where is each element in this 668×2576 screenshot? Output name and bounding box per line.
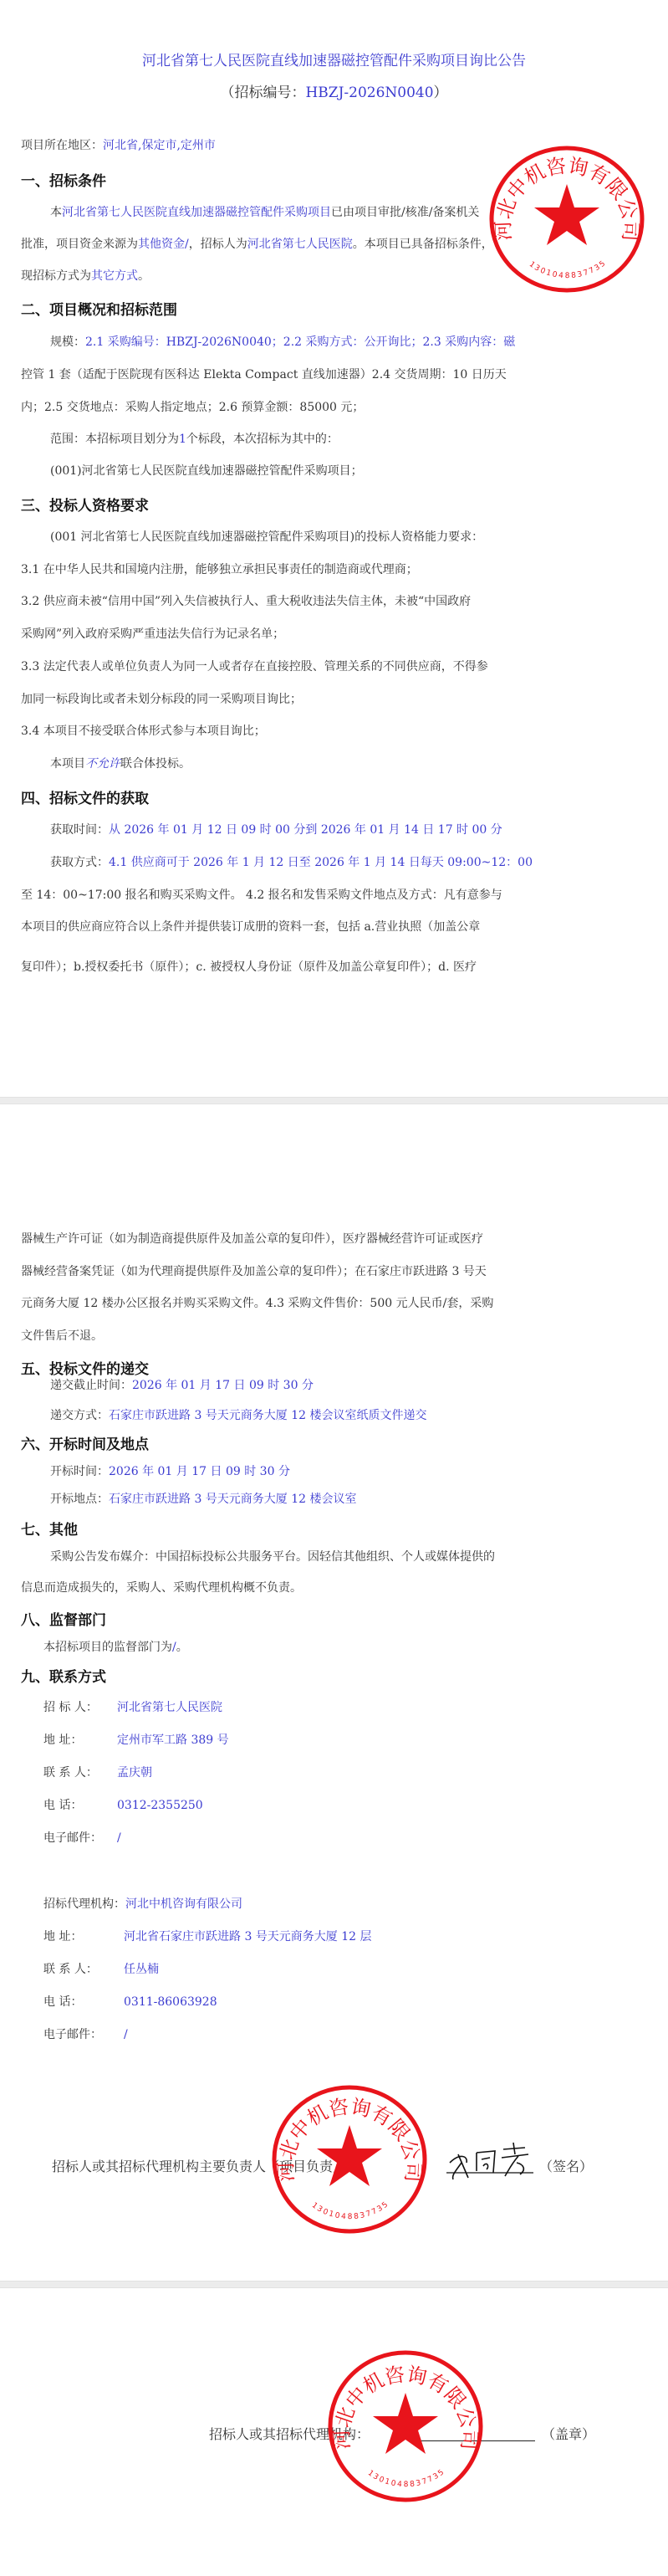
- agency-address: 地 址：河北省石家庄市跃进路 3 号天元商务大厦 12 层: [43, 1928, 372, 1944]
- tenderer-address: 地 址：定州市军工路 389 号: [43, 1731, 229, 1748]
- signature-suffix: （签名）: [539, 2156, 593, 2175]
- tender-code: HBZJ-2026N0040: [305, 85, 433, 101]
- s4-method-line-8: 文件售后不退。: [21, 1327, 103, 1344]
- section-heading-2: 二、项目概况和招标范围: [21, 298, 177, 319]
- seal-line-suffix: （盖章）: [542, 2424, 595, 2443]
- agency-contact: 联 系 人：任丛楠: [43, 1960, 159, 1977]
- handwritten-signature-icon: [443, 2138, 543, 2184]
- s5-deadline: 递交截止时间：2026 年 01 月 17 日 09 时 30 分: [50, 1376, 314, 1393]
- s3-intro: (001 河北省第七人民医院直线加速器磁控管配件采购项目)的投标人资格能力要求：: [50, 528, 483, 545]
- company-seal-stamp-icon: 河北中机咨询有限公司 1301048837735: [326, 2349, 485, 2504]
- tenderer-contact: 联 系 人：孟庆朝: [43, 1764, 152, 1780]
- s2-lot: (001)河北省第七人民医院直线加速器磁控管配件采购项目；: [50, 462, 363, 479]
- svg-text:1301048837735: 1301048837735: [366, 2467, 447, 2489]
- page-separator: [0, 1097, 668, 1104]
- s3-consortium: 本项目不允许联合体投标。: [50, 755, 191, 771]
- section-heading-4: 四、招标文件的获取: [21, 786, 149, 807]
- s2-scale-line-3: 内；2.5 交货地点：采购人指定地点；2.6 预算金额：85000 元；: [21, 398, 364, 415]
- s4-method-line-5: 器械生产许可证（如为制造商提供原件及加盖公章的复印件），医疗器械经营许可证或医疗: [21, 1230, 483, 1247]
- s8-text: 本招标项目的监督部门为/。: [43, 1638, 188, 1655]
- svg-text:1301048837735: 1301048837735: [528, 259, 609, 280]
- s2-scale-line-2: 控管 1 套（适配于医院现有医科达 Elekta Compact 直线加速器）2…: [21, 366, 507, 382]
- s3-req-3-2-b: 采购网”列入政府采购严重违法失信行为记录名单；: [21, 625, 284, 642]
- project-region: 项目所在地区：河北省,保定市,定州市: [21, 136, 216, 153]
- section-heading-5: 五、投标文件的递交: [21, 1357, 149, 1378]
- region-value: 河北省,保定市,定州市: [103, 139, 216, 152]
- company-seal-stamp-icon: 河北中机咨询有限公司 1301048837735: [487, 144, 646, 294]
- svg-text:1301048837735: 1301048837735: [310, 2200, 391, 2221]
- agency-email: 电子邮件：/: [43, 2025, 128, 2042]
- s4-method-line-2: 至 14：00~17:00 报名和购买采购文件。 4.2 报名和发售采购文件地点…: [21, 886, 502, 903]
- section-heading-8: 八、监督部门: [21, 1608, 106, 1629]
- tender-code-line: （招标编号：HBZJ-2026N0040）: [0, 80, 668, 101]
- s3-req-3-4: 3.4 本项目不接受联合体形式参与本项目询比；: [21, 722, 266, 739]
- agency-name: 招标代理机构：河北中机咨询有限公司: [43, 1895, 242, 1912]
- section-heading-3: 三、投标人资格要求: [21, 494, 149, 515]
- s3-req-3-3-a: 3.3 法定代表人或单位负责人为同一人或者存在直接控股、管理关系的不同供应商，不…: [21, 658, 488, 674]
- s3-req-3-2-a: 3.2 供应商未被“信用中国”列入失信被执行人、重大税收违法失信主体，未被“中国…: [21, 592, 471, 609]
- s7-line-2: 信息而造成损失的，采购人、采购代理机构概不负责。: [21, 1579, 302, 1595]
- s2-range: 范围：本招标项目划分为1个标段，本次招标为其中的：: [50, 430, 339, 447]
- section-heading-9: 九、联系方式: [21, 1665, 106, 1686]
- s1-line-1: 本河北省第七人民医院直线加速器磁控管配件采购项目已由项目审批/核准/备案机关: [50, 203, 479, 220]
- s7-line-1: 采购公告发布媒介：中国招标投标公共服务平台。因轻信其他组织、个人或媒体提供的: [50, 1548, 495, 1565]
- s5-method: 递交方式：石家庄市跃进路 3 号天元商务大厦 12 楼会议室纸质文件递交: [50, 1406, 427, 1423]
- s4-method-line-7: 元商务大厦 12 楼办公区报名并购买采购文件。4.3 采购文件售价：500 元人…: [21, 1294, 493, 1311]
- s3-req-3-3-b: 加同一标段询比或者未划分标段的同一采购项目询比；: [21, 690, 302, 707]
- s3-req-3-1: 3.1 在中华人民共和国境内注册，能够独立承担民事责任的制造商或代理商；: [21, 561, 418, 577]
- document-title: 河北省第七人民医院直线加速器磁控管配件采购项目询比公告: [0, 49, 668, 69]
- s4-method-line-6: 器械经营备案凭证（如为代理商提供原件及加盖公章的复印件）；在石家庄市跃进路 3 …: [21, 1262, 487, 1279]
- s2-scale-line-1: 规模：2.1 采购编号：HBZJ-2026N0040；2.2 采购方式：公开询比…: [50, 333, 515, 350]
- s4-method-line-1: 获取方式：4.1 供应商可于 2026 年 1 月 12 日至 2026 年 1…: [50, 853, 533, 870]
- tenderer-email: 电子邮件：/: [43, 1829, 121, 1846]
- s6-place: 开标地点：石家庄市跃进路 3 号天元商务大厦 12 楼会议室: [50, 1490, 357, 1507]
- tenderer-name: 招 标 人：河北省第七人民医院: [43, 1698, 222, 1715]
- section-heading-1: 一、招标条件: [21, 169, 106, 190]
- section-heading-6: 六、开标时间及地点: [21, 1432, 149, 1453]
- s6-time: 开标时间：2026 年 01 月 17 日 09 时 30 分: [50, 1462, 290, 1479]
- s1-line-3: 现招标方式为其它方式。: [21, 267, 150, 284]
- s4-method-line-3: 本项目的供应商应符合以上条件并提供装订成册的资料一套，包括 a.营业执照（加盖公…: [21, 918, 480, 935]
- s4-method-line-4: 复印件）；b.授权委托书（原件）；c. 被授权人身份证（原件及加盖公章复印件）；…: [21, 958, 477, 975]
- agency-phone: 电 话：0311-86063928: [43, 1993, 217, 2010]
- s1-line-2: 批准，项目资金来源为其他资金/，招标人为河北省第七人民医院。本项目已具备招标条件…: [21, 235, 493, 252]
- s4-time: 获取时间：从 2026 年 01 月 12 日 09 时 00 分到 2026 …: [50, 821, 502, 837]
- section-heading-7: 七、其他: [21, 1518, 78, 1539]
- company-seal-stamp-icon: 河北中机咨询有限公司 1301048837735: [270, 2083, 429, 2235]
- page-separator: [0, 2281, 668, 2288]
- tenderer-phone: 电 话：0312-2355250: [43, 1796, 203, 1813]
